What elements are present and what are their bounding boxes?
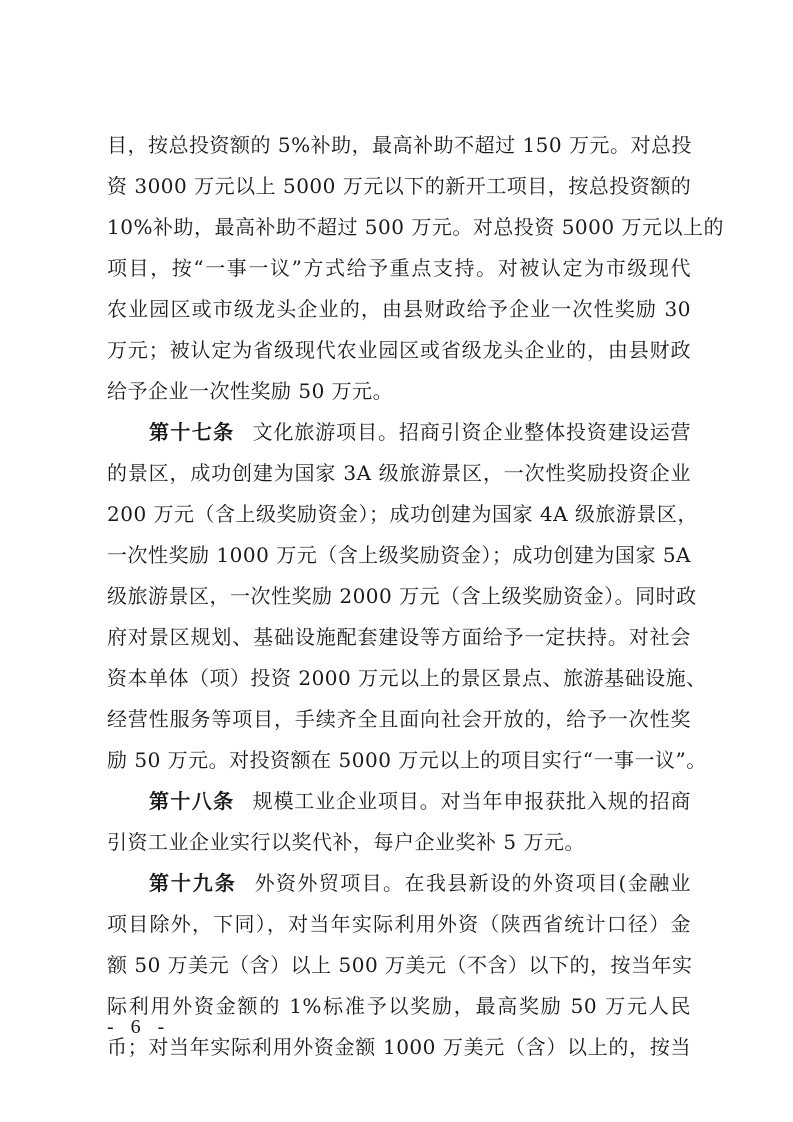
text-line: 200 万元（含上级奖励资金）；成功创建为国家 4A 级旅游景区，: [107, 494, 691, 535]
text-line: 给予企业一次性奖励 50 万元。: [107, 371, 691, 412]
document-body: 目，按总投资额的 5%补助，最高补助不超过 150 万元。对总投 资 3000 …: [107, 125, 691, 1068]
text-line: 项目除外，下同），对当年实际利用外资（陕西省统计口径）金: [107, 904, 691, 945]
text-line: 币；对当年实际利用外资金额 1000 万美元（含）以上的，按当: [107, 1027, 691, 1068]
article-number: 第十八条: [149, 789, 235, 813]
text-line: 额 50 万美元（含）以上 500 万美元（不含）以下的，按当年实: [107, 945, 691, 986]
article-text: 规模工业企业项目。对当年申报获批入规的招商: [253, 789, 691, 813]
text-line: 资本单体（项）投资 2000 万元以上的景区景点、旅游基础设施、: [107, 658, 691, 699]
article-text: 外资外贸项目。在我县新设的外资项目(金融业: [255, 871, 691, 895]
text-line: 农业园区或市级龙头企业的，由县财政给予企业一次性奖励 30: [107, 289, 691, 330]
text-line: 励 50 万元。对投资额在 5000 万元以上的项目实行“一事一议”。: [107, 740, 691, 781]
article-19-first-line: 第十九条外资外贸项目。在我县新设的外资项目(金融业: [107, 863, 691, 904]
text-line: 府对景区规划、基础设施配套建设等方面给予一定扶持。对社会: [107, 617, 691, 658]
page-number: - 6 -: [107, 1016, 170, 1039]
text-line: 际利用外资金额的 1%标准予以奖励，最高奖励 50 万元人民: [107, 986, 691, 1027]
text-line: 目，按总投资额的 5%补助，最高补助不超过 150 万元。对总投: [107, 125, 691, 166]
article-18-first-line: 第十八条规模工业企业项目。对当年申报获批入规的招商: [107, 781, 691, 822]
text-line: 项目，按“一事一议”方式给予重点支持。对被认定为市级现代: [107, 248, 691, 289]
text-line: 10%补助，最高补助不超过 500 万元。对总投资 5000 万元以上的: [107, 207, 691, 248]
document-page: 目，按总投资额的 5%补助，最高补助不超过 150 万元。对总投 资 3000 …: [0, 0, 793, 1122]
text-line: 万元；被认定为省级现代农业园区或省级龙头企业的，由县财政: [107, 330, 691, 371]
text-line: 资 3000 万元以上 5000 万元以下的新开工项目，按总投资额的: [107, 166, 691, 207]
article-number: 第十七条: [149, 420, 235, 444]
article-text: 文化旅游项目。招商引资企业整体投资建设运营: [253, 420, 691, 444]
text-line: 级旅游景区，一次性奖励 2000 万元（含上级奖励资金）。同时政: [107, 576, 691, 617]
text-line: 经营性服务等项目，手续齐全且面向社会开放的，给予一次性奖: [107, 699, 691, 740]
text-line: 的景区，成功创建为国家 3A 级旅游景区，一次性奖励投资企业: [107, 453, 691, 494]
article-17-first-line: 第十七条文化旅游项目。招商引资企业整体投资建设运营: [107, 412, 691, 453]
text-line: 一次性奖励 1000 万元（含上级奖励资金）；成功创建为国家 5A: [107, 535, 691, 576]
article-number: 第十九条: [149, 871, 237, 895]
text-line: 引资工业企业实行以奖代补，每户企业奖补 5 万元。: [107, 822, 691, 863]
